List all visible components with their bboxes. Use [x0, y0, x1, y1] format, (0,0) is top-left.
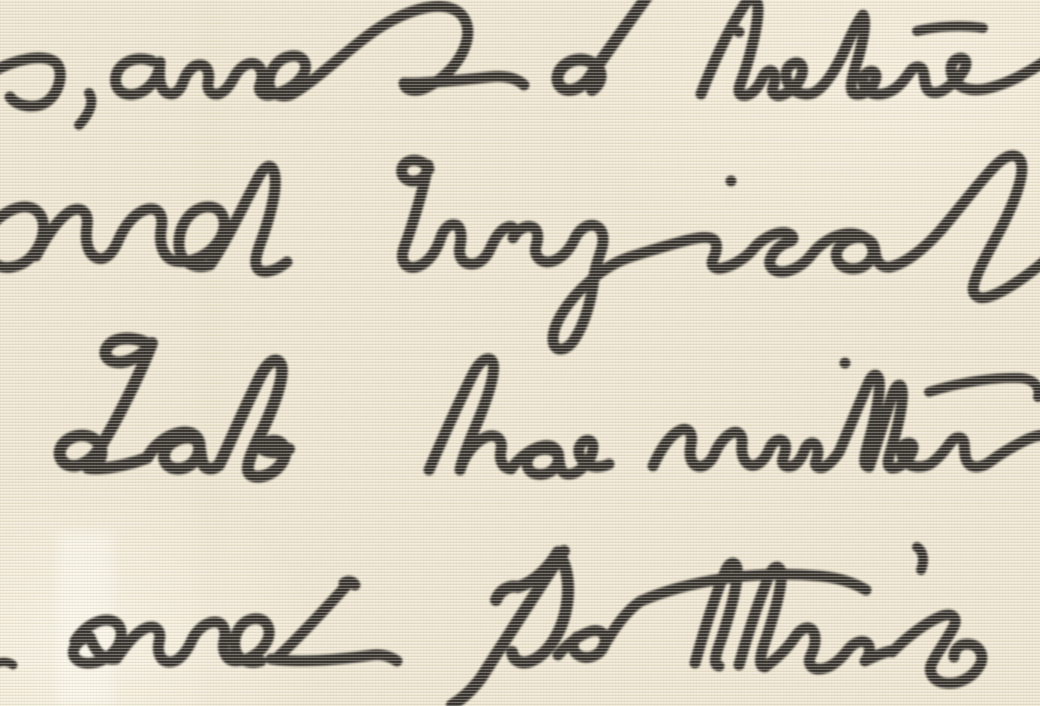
- handwriting-line-1: [0, 0, 1040, 125]
- ink-layer: [0, 0, 1040, 705]
- stroke-apostrophe: [917, 547, 923, 570]
- stroke-word-written: [653, 375, 1040, 468]
- paper-background: [0, 0, 1040, 706]
- stroke-capital-I: [557, 0, 649, 90]
- i-dot-1: [734, 27, 745, 38]
- stroke-word-listene: [701, 0, 1040, 96]
- stroke-word-Lab: [60, 338, 289, 476]
- stroke-letter-o: [558, 631, 605, 658]
- stroke-word-and-4: [73, 581, 397, 663]
- stroke-letters-er: [765, 628, 890, 669]
- stroke-word-surgical: [402, 156, 1040, 350]
- stroke-t-crossbar-1: [917, 26, 983, 31]
- stroke-edge-speck: [0, 662, 13, 665]
- stroke-y-tail: [0, 58, 60, 106]
- stroke-word-has: [429, 359, 609, 475]
- i-dot-2: [726, 176, 737, 187]
- handwriting-line-2: [0, 156, 1040, 350]
- handwriting: [0, 0, 1040, 706]
- stroke-letter-s: [892, 615, 982, 684]
- stroke-t-crossbar-3: [929, 378, 1039, 397]
- handwriting-line-3: [60, 338, 1040, 476]
- i-dot-3: [840, 358, 851, 369]
- stroke-word-and-2: [0, 166, 287, 271]
- stroke-comma: [79, 93, 91, 125]
- handwriting-line-4: [0, 547, 982, 705]
- stroke-word-and-1: [116, 6, 524, 95]
